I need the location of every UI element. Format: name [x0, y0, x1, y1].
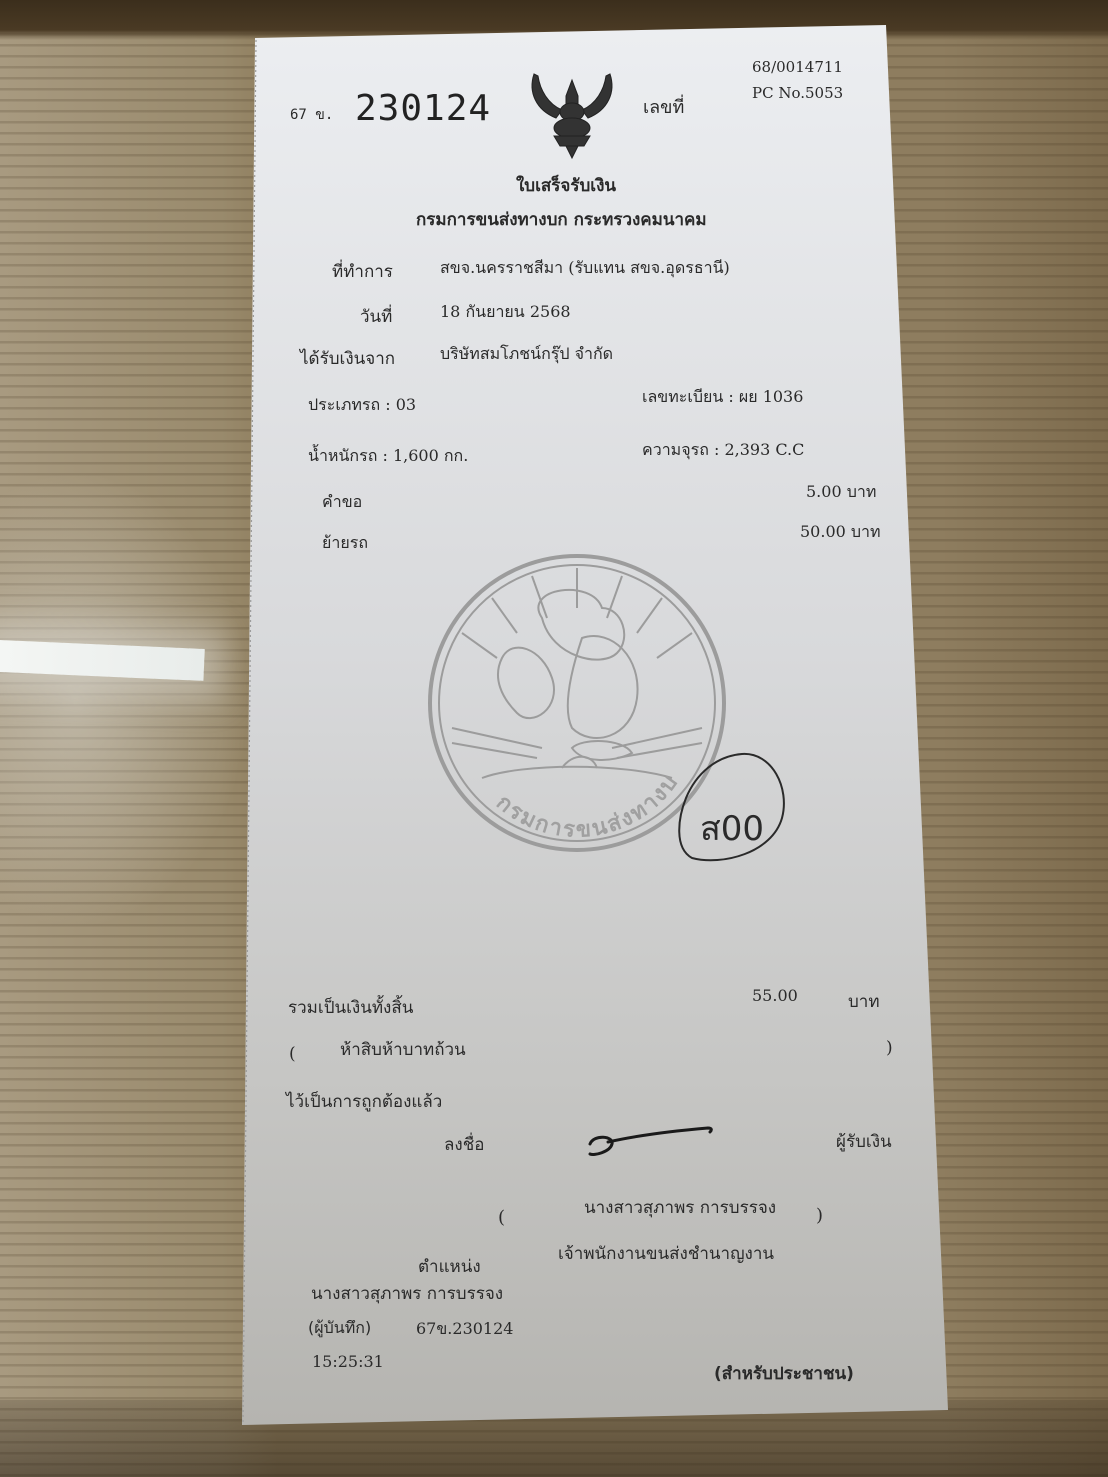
item-label: คำขอ [322, 490, 362, 515]
handwritten-circle-note: ส00 [672, 748, 792, 868]
garuda-emblem-icon [526, 66, 618, 160]
open-paren: ( [498, 1207, 505, 1228]
book-number: 230124 [355, 88, 491, 129]
close-paren: ) [816, 1205, 823, 1226]
date-value: 18 กันยายน 2568 [440, 300, 571, 325]
registration-number: เลขทะเบียน : ผย 1036 [642, 385, 803, 410]
total-in-words: ห้าสิบห้าบาทถ้วน [340, 1036, 466, 1063]
sign-label: ลงชื่อ [444, 1131, 484, 1158]
receiver-name: นางสาวสุภาพร การบรรจง [584, 1194, 776, 1221]
position-value: เจ้าพนักงานขนส่งชำนาญงาน [558, 1240, 774, 1267]
handwritten-note-text: ส00 [700, 809, 764, 849]
open-paren: ( [289, 1044, 296, 1064]
certified-text: ไว้เป็นการถูกต้องแล้ว [286, 1088, 442, 1115]
number-label: เลขที่ [643, 92, 684, 121]
item-label: ย้ายรถ [322, 531, 368, 556]
office-label: ที่ทำการ [332, 258, 393, 285]
recorder-reference: 67ข.230124 [416, 1317, 513, 1342]
print-time: 15:25:31 [312, 1352, 384, 1371]
received-from-label: ได้รับเงินจาก [300, 345, 395, 372]
item-amount: 50.00 บาท [800, 520, 881, 545]
reference-number: 68/0014711 [752, 58, 843, 76]
recorder-name: นางสาวสุภาพร การบรรจง [311, 1280, 503, 1307]
engine-capacity: ความจุรถ : 2,393 C.C [642, 438, 804, 463]
position-label: ตำแหน่ง [418, 1253, 481, 1280]
received-from-value: บริษัทสมโภชน์กรุ๊ป จำกัด [440, 342, 613, 367]
total-label: รวมเป็นเงินทั้งสิ้น [288, 994, 413, 1021]
vehicle-weight: น้ำหนักรถ : 1,600 กก. [308, 444, 468, 469]
vehicle-type: ประเภทรถ : 03 [308, 393, 416, 418]
date-label: วันที่ [360, 303, 392, 330]
close-paren: ) [886, 1038, 893, 1058]
copy-label: (สำหรับประชาชน) [714, 1360, 854, 1387]
book-prefix: 67 ข. [290, 104, 333, 126]
item-amount: 5.00 บาท [806, 480, 876, 505]
signature [584, 1120, 714, 1160]
issuer-name: กรมการขนส่งทางบก กระทรวงคมนาคม [416, 206, 707, 233]
receiver-label: ผู้รับเงิน [836, 1128, 892, 1155]
total-amount: 55.00 [752, 986, 798, 1005]
office-value: สขจ.นครราชสีมา (รับแทน สขจ.อุดรธานี) [440, 256, 730, 281]
receipt-title: ใบเสร็จรับเงิน [516, 172, 616, 199]
total-unit: บาท [848, 988, 880, 1015]
pc-number: PC No.5053 [752, 84, 843, 102]
recorder-label: (ผู้บันทึก) [308, 1316, 371, 1341]
